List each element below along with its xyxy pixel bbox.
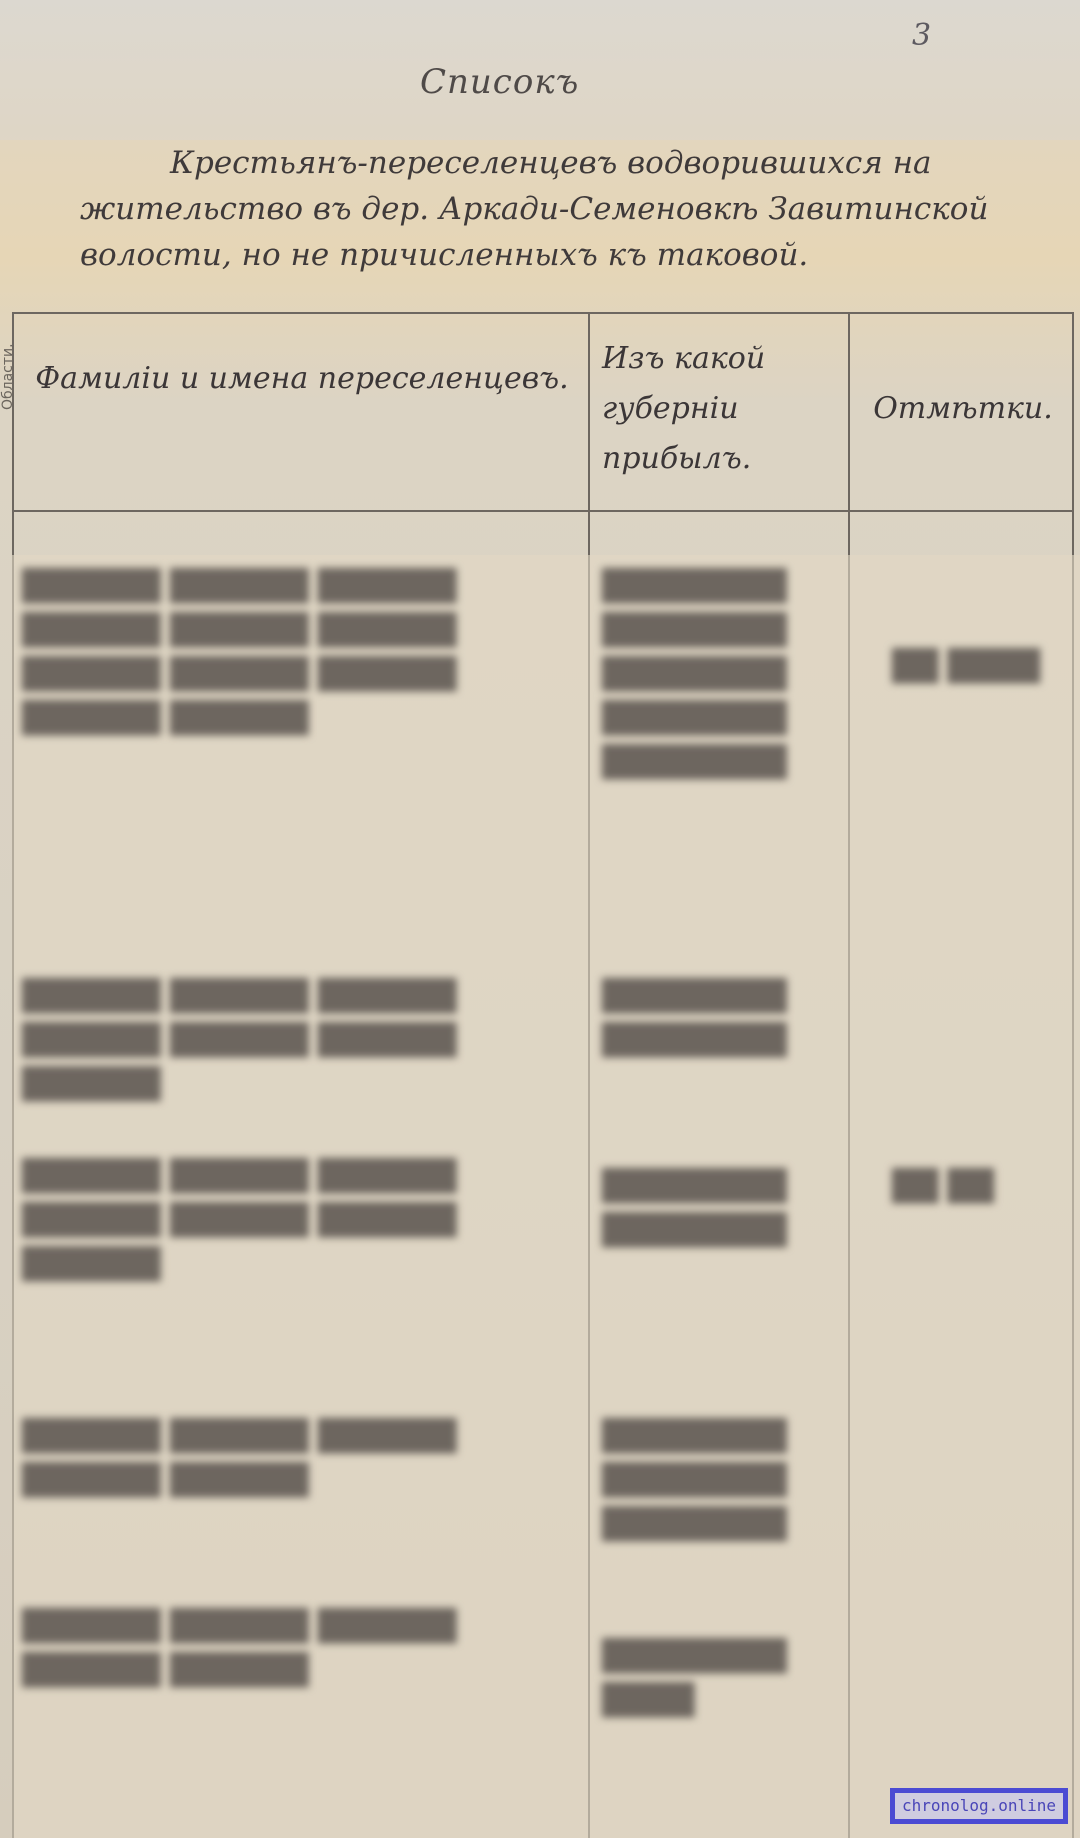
blurred-row-names: ██████ ██████ ██████ ██████ ██████ <box>22 1415 582 1503</box>
blurred-row-province: ████████ ████████ <box>602 1165 832 1253</box>
blurred-row-notes: ██ ██ <box>892 1165 1052 1209</box>
watermark-text: chronolog.online <box>895 1793 1063 1819</box>
blurred-row-names: ██████ ██████ ██████ ██████ ██████ █████… <box>22 975 582 1107</box>
blurred-row-province: ████████ ████████ ████████ ████████ ████… <box>602 565 832 785</box>
watermark-badge: chronolog.online <box>890 1788 1068 1824</box>
blurred-row-province: ████████ ████ <box>602 1635 832 1723</box>
page-number: 3 <box>912 18 931 53</box>
blurred-row-names: ██████ ██████ ██████ ██████ ██████ █████… <box>22 1155 582 1287</box>
obscured-table-body: ██████ ██████ ██████ ██████ ██████ █████… <box>12 555 1080 1838</box>
column-header-notes: Отмѣтки. <box>858 384 1068 434</box>
document-title: Списокъ <box>420 62 579 102</box>
document-heading: Крестьянъ-переселенцевъ водворившихся на… <box>80 140 1070 278</box>
blurred-row-names: ██████ ██████ ██████ ██████ ██████ █████… <box>22 565 582 741</box>
header-row-divider <box>12 510 1074 512</box>
blurred-row-names: ██████ ██████ ██████ ██████ ██████ <box>22 1605 582 1693</box>
document-scan: 3 Списокъ Крестьянъ-переселенцевъ водвор… <box>0 0 1080 1838</box>
blurred-row-province: ████████ ████████ ████████ <box>602 1415 832 1547</box>
column-header-names: Фамиліи и имена переселенцевъ. <box>32 354 572 404</box>
column-header-province: Изъ какой губерніи прибылъ. <box>602 334 834 484</box>
blurred-row-notes: ██ ████ <box>892 645 1052 689</box>
blurred-row-province: ████████ ████████ <box>602 975 832 1063</box>
